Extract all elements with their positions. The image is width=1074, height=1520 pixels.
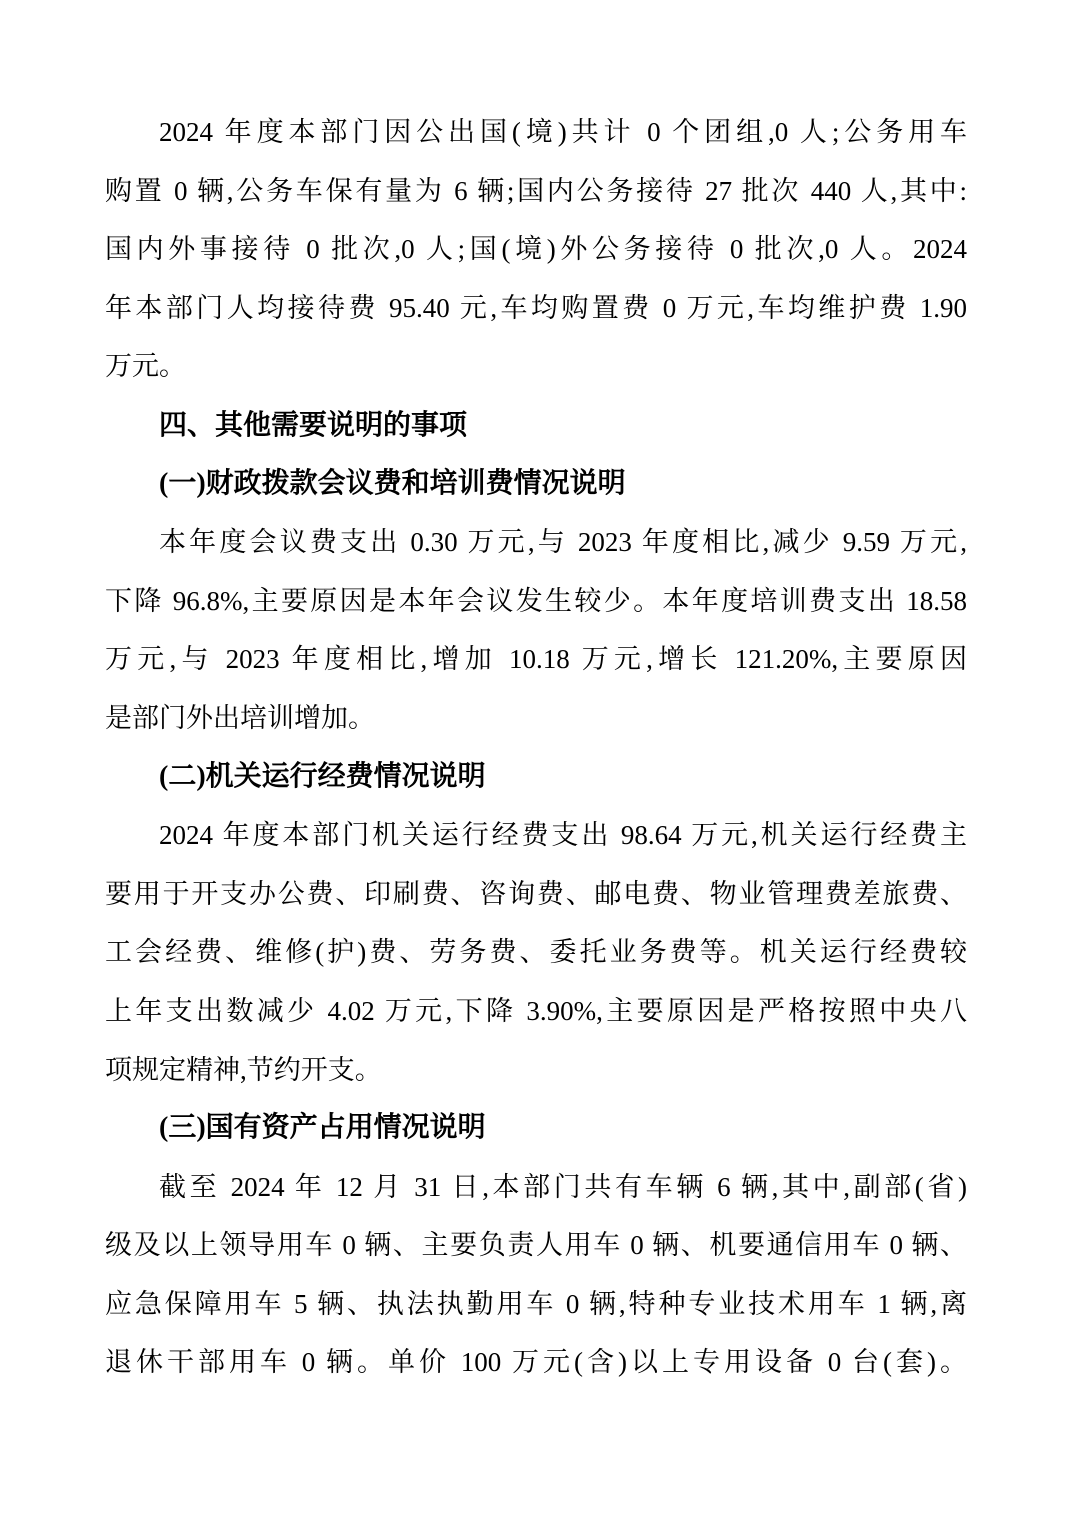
paragraph-line: 退休干部用车 0 辆。单价 100 万元(含)以上专用设备 0 台(套)。 xyxy=(105,1333,967,1392)
paragraph-line: 工会经费、维修(护)费、劳务费、委托业务费等。机关运行经费较 xyxy=(105,923,967,982)
paragraph-line: 项规定精神,节约开支。 xyxy=(105,1041,967,1100)
subsection-heading-operating-expenses: (二)机关运行经费情况说明 xyxy=(105,748,967,807)
paragraph-line: 级及以上领导用车 0 辆、主要负责人用车 0 辆、机要通信用车 0 辆、 xyxy=(105,1216,967,1275)
paragraph-line: 2024 年度本部门因公出国(境)共计 0 个团组,0 人;公务用车 xyxy=(105,103,967,162)
paragraph-line: 万元。 xyxy=(105,337,967,396)
section-heading-other-matters: 四、其他需要说明的事项 xyxy=(105,396,967,455)
paragraph-line: 本年度会议费支出 0.30 万元,与 2023 年度相比,减少 9.59 万元, xyxy=(105,513,967,572)
paragraph-line: 应急保障用车 5 辆、执法执勤用车 0 辆,特种专业技术用车 1 辆,离 xyxy=(105,1275,967,1334)
paragraph-line: 万元,与 2023 年度相比,增加 10.18 万元,增长 121.20%,主要… xyxy=(105,630,967,689)
paragraph-line: 2024 年度本部门机关运行经费支出 98.64 万元,机关运行经费主 xyxy=(105,806,967,865)
paragraph-line: 购置 0 辆,公务车保有量为 6 辆;国内公务接待 27 批次 440 人,其中… xyxy=(105,162,967,221)
paragraph-line: 年本部门人均接待费 95.40 元,车均购置费 0 万元,车均维护费 1.90 xyxy=(105,279,967,338)
paragraph-line: 上年支出数减少 4.02 万元,下降 3.90%,主要原因是严格按照中央八 xyxy=(105,982,967,1041)
paragraph-line: 是部门外出培训增加。 xyxy=(105,689,967,748)
paragraph-line: 截至 2024 年 12 月 31 日,本部门共有车辆 6 辆,其中,副部(省) xyxy=(105,1158,967,1217)
paragraph-line: 国内外事接待 0 批次,0 人;国(境)外公务接待 0 批次,0 人。2024 xyxy=(105,220,967,279)
subsection-heading-meeting-training-fees: (一)财政拨款会议费和培训费情况说明 xyxy=(105,455,967,514)
document-page: 2024 年度本部门因公出国(境)共计 0 个团组,0 人;公务用车 购置 0 … xyxy=(0,0,1074,1520)
paragraph-line: 下降 96.8%,主要原因是本年会议发生较少。本年度培训费支出 18.58 xyxy=(105,572,967,631)
subsection-heading-state-assets: (三)国有资产占用情况说明 xyxy=(105,1099,967,1158)
document-content: 2024 年度本部门因公出国(境)共计 0 个团组,0 人;公务用车 购置 0 … xyxy=(105,103,967,1392)
paragraph-line: 要用于开支办公费、印刷费、咨询费、邮电费、物业管理费差旅费、 xyxy=(105,865,967,924)
